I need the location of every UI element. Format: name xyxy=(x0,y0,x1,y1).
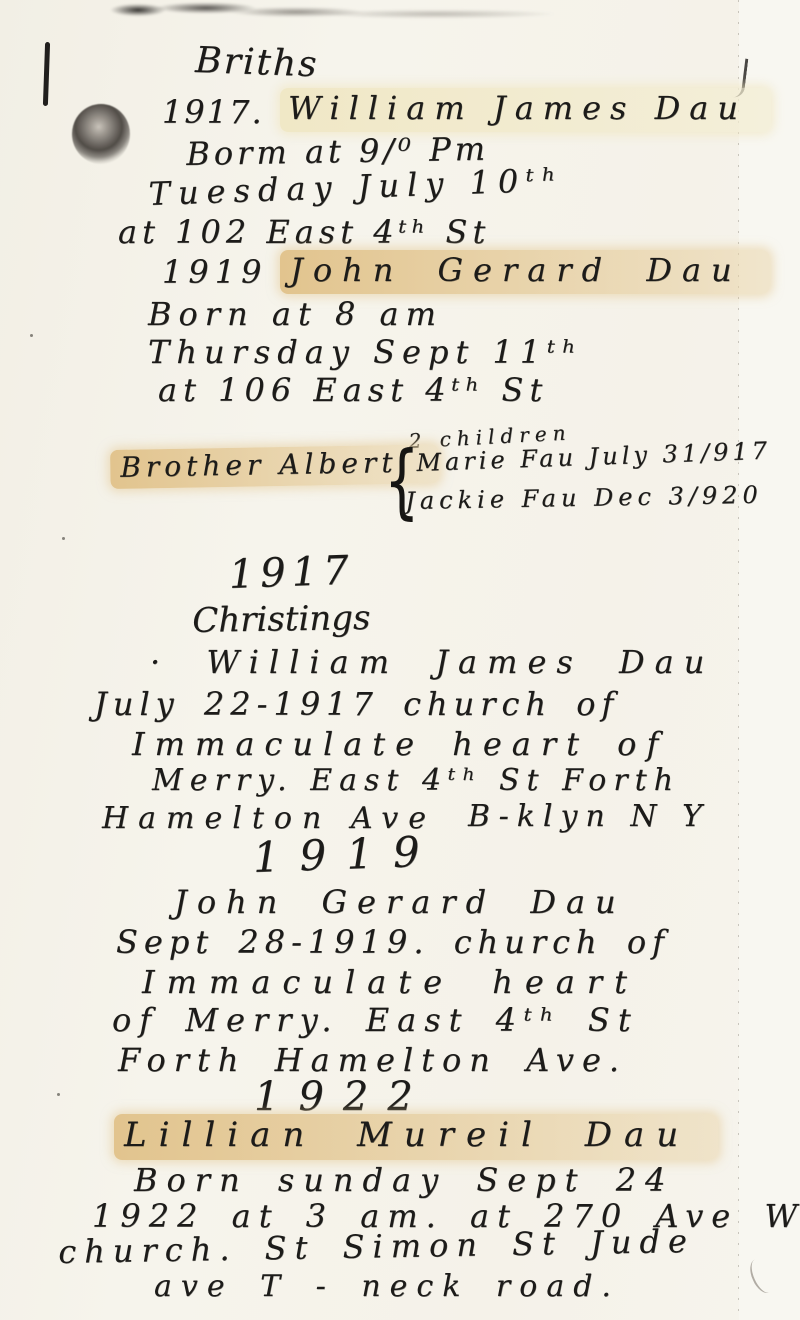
line-john-born-time: Born at 8 am xyxy=(148,296,443,333)
paper-speck xyxy=(30,334,33,337)
line-chr-john-church2: of Merry. East 4ᵗʰ St xyxy=(112,1002,639,1039)
line-1919-year: 1919 xyxy=(162,254,267,291)
line-chr-william-church1: Immaculate heart of xyxy=(132,726,668,763)
margin-ink-stroke xyxy=(43,42,50,106)
line-william-address: at 102 East 4ᵗʰ St xyxy=(118,214,490,251)
line-chr-william-city: B-klyn N Y xyxy=(468,800,710,835)
line-chr-william-name: · William James Dau xyxy=(150,644,714,681)
paper-speck xyxy=(57,1093,60,1096)
line-chr-william-date: July 22-1917 church of xyxy=(94,686,619,723)
note-jackie: Jackie Fau Dec 3/920 xyxy=(405,482,763,516)
scan-right-strip xyxy=(739,0,800,1320)
paper-speck xyxy=(62,537,65,540)
line-william-name: William James Dau xyxy=(280,88,771,132)
line-chr-william-church2: Merry. East 4ᵗʰ St Forth xyxy=(152,764,680,799)
top-edge-smudge xyxy=(86,0,556,24)
line-john-name: John Gerard Dau xyxy=(280,250,770,294)
line-1917-year: 1917. xyxy=(162,94,264,131)
line-lillian-name: Lillian Mureil Dau xyxy=(114,1114,718,1160)
line-lillian-road: ave T - neck road. xyxy=(154,1270,620,1305)
line-john-born-day: Thursday Sept 11ᵗʰ xyxy=(148,334,583,371)
line-chr-john-name: John Gerard Dau xyxy=(174,884,626,921)
document-page: Briths1917.William James DauBorm at 9/⁰ … xyxy=(0,0,800,1320)
line-chr-john-date: Sept 28-1919. church of xyxy=(116,924,670,961)
line-year-1917-heading: 1917 xyxy=(228,548,355,598)
line-christings-heading: Christings xyxy=(192,599,371,641)
line-lillian-born1: Born sunday Sept 24 xyxy=(134,1162,674,1199)
line-chr-john-church1: Immaculate heart xyxy=(142,964,639,1001)
ink-blot xyxy=(72,104,130,164)
scan-seam-line xyxy=(738,0,739,1320)
line-year-1919-heading: 1919 xyxy=(252,827,440,882)
line-john-address: at 106 East 4ᵗʰ St xyxy=(158,372,548,409)
line-births-heading: Briths xyxy=(195,40,320,86)
